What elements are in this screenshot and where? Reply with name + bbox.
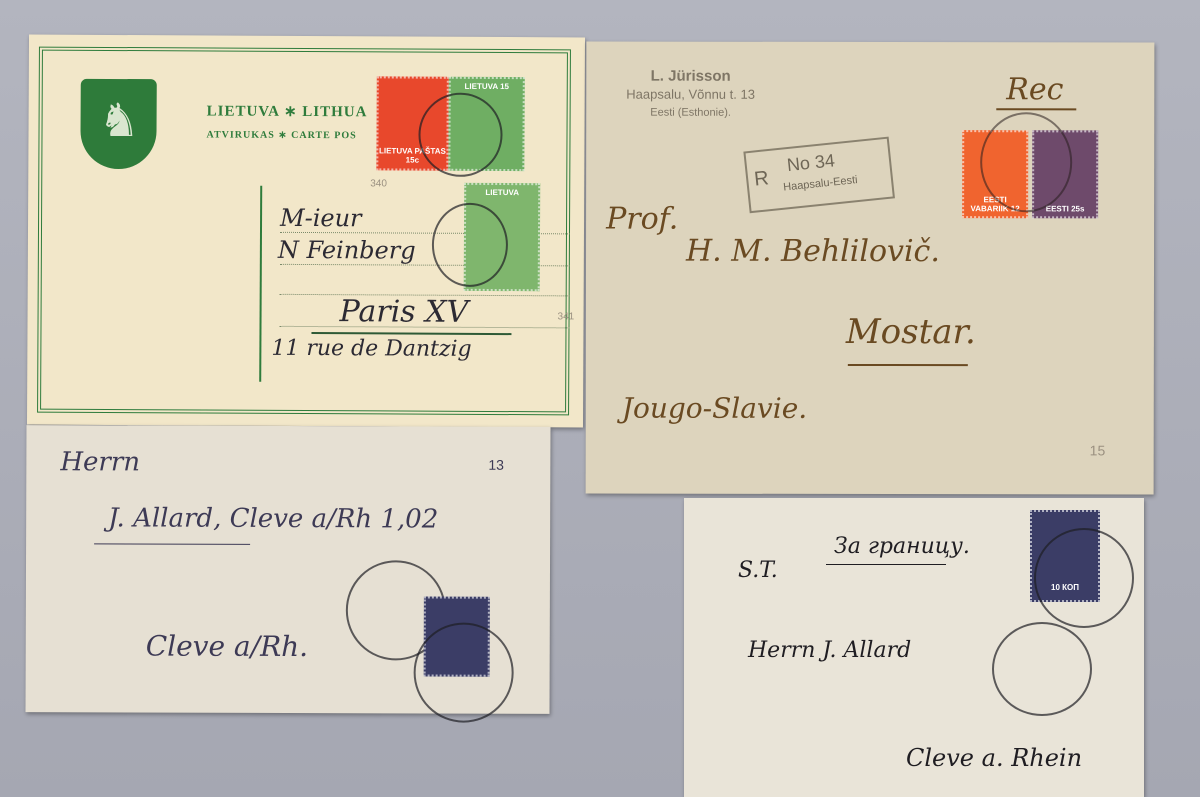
haapsalu-postmark [980,112,1072,212]
pencil-note: 13 [488,457,504,473]
riga-postmark-2 [413,622,513,722]
address-title: Prof. [606,202,678,237]
mitava-postmark-2 [992,622,1092,716]
address-country: Jougo-Slavie. [622,392,807,425]
address-initials: S.T. [738,558,778,583]
postcard-subheading: ATVIRUKAS ∗ CARTE POS [206,129,356,141]
header-abroad: За границу. [834,534,970,559]
riga-envelope: Herrn J. Allard, Cleve a/Rh 1,02 Cleve a… [26,425,551,714]
pencil-note: 15 [1090,442,1106,458]
address-salutation: Herrn [60,447,140,477]
header-underline [826,564,946,565]
postmark [418,93,502,177]
rec-underline [996,108,1076,110]
registration-label: R No 34 Haapsalu-Eesti [743,137,895,214]
pencil-note: 340 [370,178,387,189]
lithuanian-postcard: LIETUVA ∗ LITHUA ATVIRUKAS ∗ CARTE POS L… [27,35,585,428]
mitava-envelope: За границу. S.T. Herrn J. Allard Cleve a… [684,498,1144,797]
address-city: Cleve a. Rhein [906,744,1082,772]
address-street: 11 rue de Dantzig [271,336,471,362]
address-city: Mostar. [846,312,976,352]
pencil-note: 341 [558,311,575,322]
name-underline [94,543,250,545]
vytis-coat-of-arms-icon [80,79,156,169]
address-city: Cleve a/Rh. [146,630,309,664]
address-name: Herrn J. Allard [748,638,911,663]
address-line-2: N Feinberg [278,236,416,265]
postcard-heading: LIETUVA ∗ LITHUA [207,101,368,121]
address-city: Paris XV [339,294,468,330]
address-name: H. M. Behlilovič. [686,234,940,269]
city-underline [848,364,968,366]
address-line-1: M-ieur [280,204,362,232]
rec-annotation: Rec [1006,72,1063,107]
address-name: J. Allard, Cleve a/Rh 1,02 [108,503,438,534]
sender-stamp: L. Jürisson Haapsalu, Võnnu t. 13 Eesti … [626,68,755,122]
mitava-postmark [1034,528,1134,628]
postmark [432,203,508,287]
estonian-envelope: L. Jürisson Haapsalu, Võnnu t. 13 Eesti … [586,42,1155,495]
